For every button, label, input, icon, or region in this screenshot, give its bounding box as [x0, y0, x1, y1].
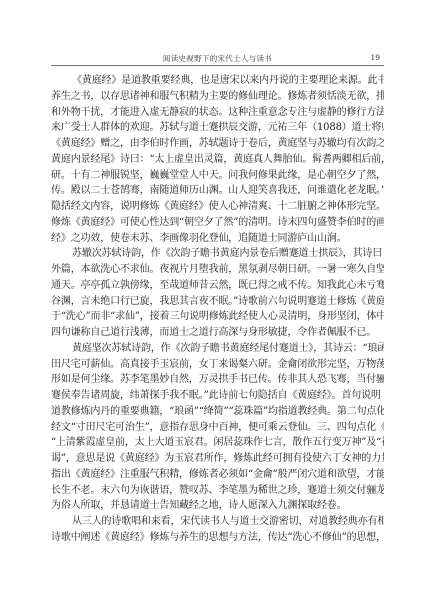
- text-line: 黄庭内景经尾》诗曰：“太上虚皇出灵篇，黄庭真人舞胎仙。髯耆两卿相后前，卑妙夹侍清…: [51, 152, 384, 168]
- text-line: 从三人的诗歌唱和来看，宋代读书人与道士交游密切，对道教经典亦有相当的涉猎。: [51, 514, 384, 530]
- text-line: 为俗人所取，并恳请道士告知藏经之地，诗人愿深入九渊探取经卷。: [51, 498, 384, 514]
- text-line: 外篇，本欲洗心不求仙。夜视片月堕我前，黑氛剥尽朝日研。一暑一寒久自坚，体中风行上: [51, 262, 384, 278]
- text-line: 来广受士人群体的欢迎。苏轼与道士蹇拱辰交游，元祐三年（1088）道士将归庐山，苏…: [51, 120, 384, 136]
- text-line: 经文“寸田尺宅可治生”，意指存思身中百神，便可乘云登仙。三、四句点化《黄庭经》经…: [51, 420, 384, 436]
- text-line: 研。十有二神服锐坚，巍巍堂堂人中天。问我何修果此缘，是心朝空夕了然，恐非其人世莫: [51, 168, 384, 184]
- text-line: 养生之书，以存思诸神和服气积精为主要的修仙理论。修炼者须恬淡无欲，排除情欲纠缠: [51, 89, 384, 105]
- text-line: 传。殿以二士苍鹄骞，南随道师历山渊。山人迎笑喜我还，问谁遣化老龙眠。”诗歌首六句: [51, 183, 384, 199]
- paragraph: 黄庭坚次苏轼诗韵，作《次韵子瞻书黄庭经尾付蹇道士》，其诗云：“琅函绛简蕊珠篇，寸…: [51, 341, 384, 514]
- text-line: 苏辙次苏轼诗韵，作《次韵子瞻书黄庭内景卷后赠蹇道士拱辰》，其诗曰：“君诵黄庭内: [51, 246, 384, 262]
- text-line: 隐括经文内容，说明修炼《黄庭经》使人心神清爽、十二脏腑之神体形完坚。七至九句说明: [51, 199, 384, 215]
- page-number: 19: [370, 53, 380, 62]
- text-line: 蹇侯奉告诸周旋，纬萧探手我不眠。”此诗前七句隐括自《黄庭经》。首句说明《黄庭经》…: [51, 388, 384, 404]
- page-body: 《黄庭经》是道教重要经典，也是唐宋以来内丹说的主要理论来源。此书是魏晋间道士 养…: [51, 73, 384, 546]
- paragraph: 《黄庭经》是道教重要经典，也是唐宋以来内丹说的主要理论来源。此书是魏晋间道士 养…: [51, 73, 384, 246]
- text-line: 《黄庭经》是道教重要经典，也是唐宋以来内丹说的主要理论来源。此书是魏晋间道士: [51, 73, 384, 89]
- text-line: 经》之功效，使卷末苏、李画像羽化登仙，追随道士同游庐山山涧。: [51, 231, 384, 247]
- text-line: 和外物干扰，才能进入虚无静寂的状态。这种注重意念专注与虚静的修行方法，自东晋以: [51, 105, 384, 121]
- text-line: 《黄庭经》赠之，由李伯时作画，苏轼题诗于卷后，黄庭坚与苏辙均有次韵之作。苏轼作《…: [51, 136, 384, 152]
- paragraph: 从三人的诗歌唱和来看，宋代读书人与道士交游密切，对道教经典亦有相当的涉猎。 诗歌…: [51, 514, 384, 546]
- text-line: 于“洗心”而非“求仙”，接着三句说明修炼此经使人心灵清明，身形坚闭，体中气血畅行…: [51, 309, 384, 325]
- running-title: 阅读史视野下的宋代士人与读书: [51, 53, 384, 64]
- paragraph: 苏辙次苏轼诗韵，作《次韵子瞻书黄庭内景卷后赠蹇道士拱辰》，其诗曰：“君诵黄庭内 …: [51, 246, 384, 341]
- text-line: 四句谦称自己道行浅薄，而道士之道行高深与身形敏捷，令作者佩服不已。: [51, 325, 384, 341]
- text-line: 谷渊，言未绝口行已旋，我思其言夜不眠。”诗歌前六句说明蹇道士修炼《黄庭经》的目的…: [51, 294, 384, 310]
- text-line: 形如是何尘缘。苏李笔墨妙自然，万灵拱手书已传。传非其人恐飞骞，当付骊龙藏九渊。: [51, 372, 384, 388]
- text-line: 田尺宅可薪仙。高真接手玉宸前，女丁来谒粲六研。金龠闭欲形完坚，万物荡尽正秋天，使: [51, 357, 384, 373]
- text-line: 黄庭坚次苏轼诗韵，作《次韵子瞻书黄庭经尾付蹇道士》，其诗云：“琅函绛简蕊珠篇，寸: [51, 341, 384, 357]
- text-line: “上清紫霞虚皇前，太上大道玉宸君。闲居蕊珠作七言，散作五行变万神”及“神华执巾六…: [51, 435, 384, 451]
- running-header: 阅读史视野下的宋代士人与读书 19: [51, 52, 384, 66]
- text-line: 谒”，意思是说《黄庭经》为玉宸君所作，修炼此经可拥有役使六丁女神的力量。五至七句…: [51, 451, 384, 467]
- text-line: 修炼《黄庭经》可使心性达到“朝空夕了然”的清明。诗末四句盛赞李伯时的画作与《黄庭: [51, 215, 384, 231]
- text-line: 长生不老。末六句为诙谐语，赞叹苏、李笔墨为稀世之珍，蹇道士须交付骊龙深藏九渊，莫: [51, 483, 384, 499]
- text-line: 道教修炼内丹的重要典籍，“琅函”“绛简”“蕊珠篇”均指道教经典。第二句点化《黄庭…: [51, 404, 384, 420]
- text-line: 指出《黄庭经》注重服气积精，修炼者必须如“金龠”般严闭穴道和欲望，才能常保身体完…: [51, 467, 384, 483]
- text-line: 通天。亭亭孤立孰傍缘，至哉道师昔云然，既已得之戒不传。知我此心未亏骞，指我婴儿藏: [51, 278, 384, 294]
- text-line: 诗歌中阐述《黄庭经》修炼与养生的思想与方法，传达“洗心不修仙”的思想，体现出当时…: [51, 530, 384, 546]
